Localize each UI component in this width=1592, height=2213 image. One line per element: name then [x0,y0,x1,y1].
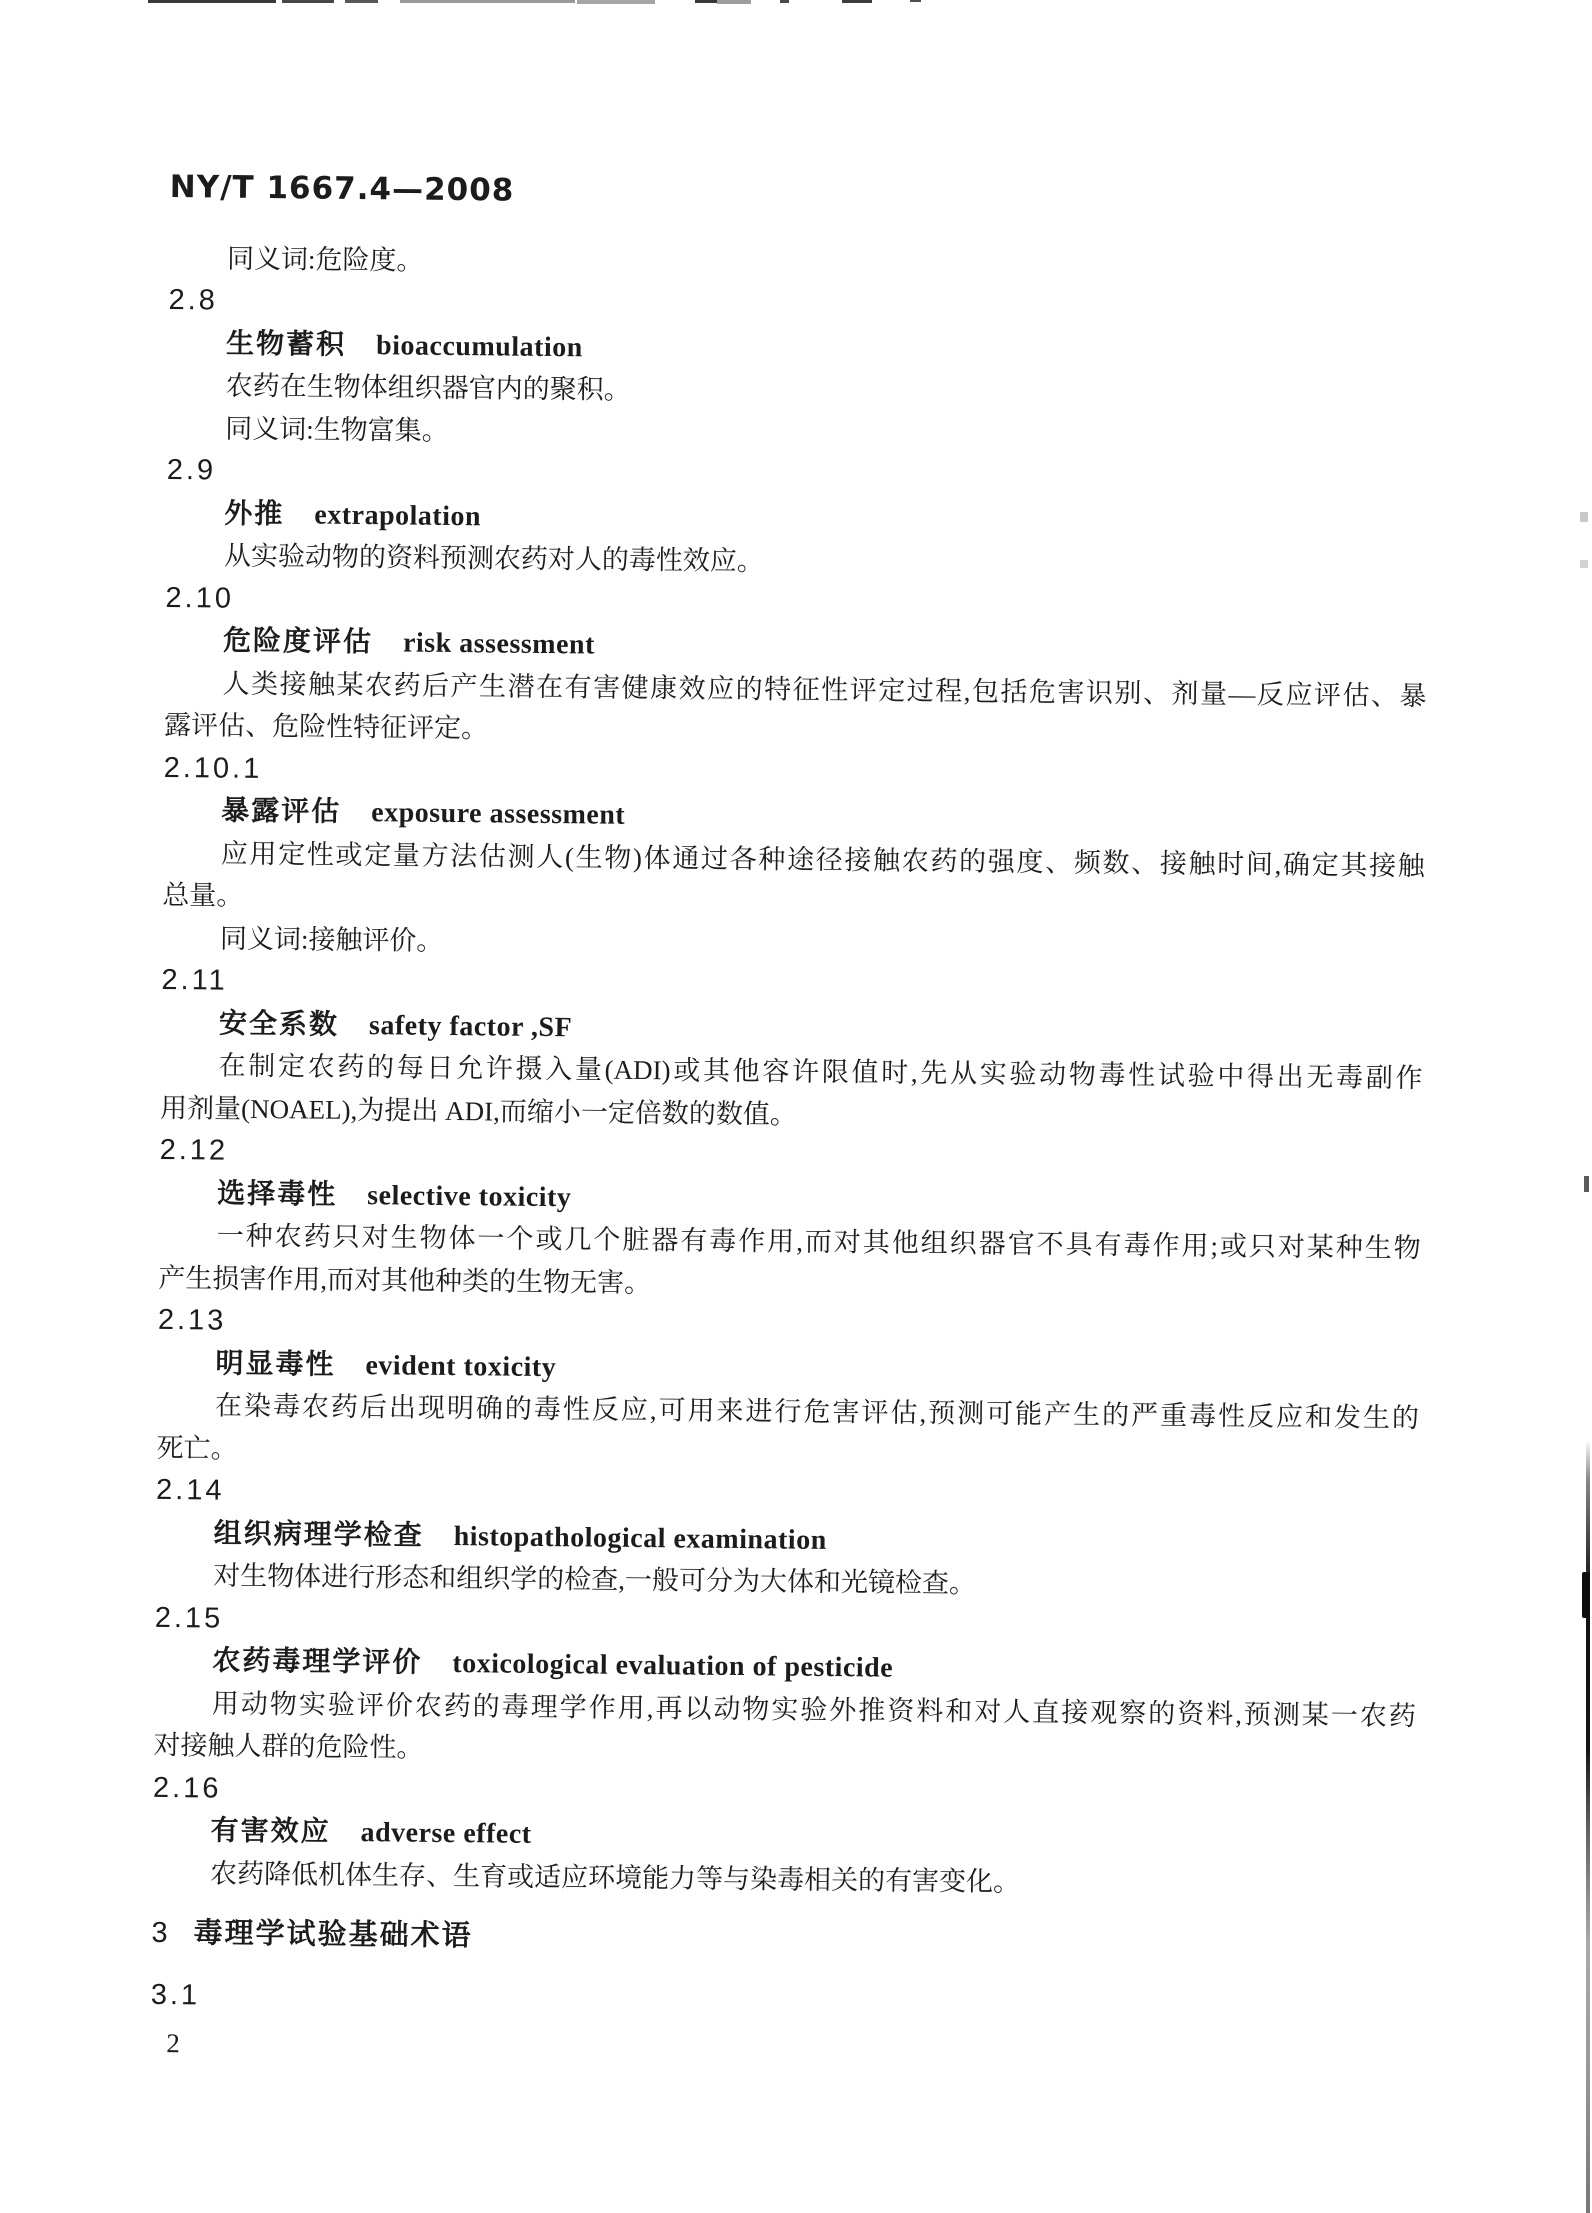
terms-list: 2.8 生物蓄积bioaccumulation 农药在生物体组织器官内的聚积。 … [152,279,1431,1907]
scan-artifact-right-edge [1586,1440,1590,2213]
scan-artifact-right-blob [1582,1572,1590,1618]
definition: 在染毒农药后出现明确的毒性反应,可用来进行危害评估,预测可能产生的严重毒性反应和… [156,1384,1419,1482]
scan-artifact-smudge [1580,560,1588,568]
term-section: 2.11 安全系数safety factor ,SF 在制定农药的每日允许摄入量… [160,959,1424,1142]
term-section: 2.10.1 暴露评估exposure assessment 应用定性或定量方法… [162,746,1426,972]
term-section: 2.9 外推extrapolation 从实验动物的资料预测农药对人的毒性效应。 [166,449,1429,590]
term-section: 2.15 农药毒理学评价toxicological evaluation of … [153,1596,1417,1779]
definition: 应用定性或定量方法估测人(生物)体通过各种途径接触农药的强度、频数、接触时间,确… [162,831,1425,929]
scan-dash [780,0,789,3]
definition: 一种农药只对生物体一个或几个脏器有毒作用,而对其他组织器官不具有毒作用;或只对某… [158,1214,1421,1312]
scanned-standard-page: NY/T 1667.4—2008 同义词:危险度。 2.8 生物蓄积bioacc… [0,0,1592,2213]
term-english: extrapolation [314,499,481,532]
term-english: toxicological evaluation of pesticide [452,1648,893,1684]
term-chinese: 生物蓄积 [226,326,346,360]
term-chinese: 明显毒性 [215,1346,335,1380]
term-section: 2.8 生物蓄积bioaccumulation 农药在生物体组织器官内的聚积。 … [167,279,1431,462]
term-chinese: 组织病理学检查 [214,1516,424,1551]
term-english: selective toxicity [367,1180,571,1213]
term-english: histopathological examination [454,1521,827,1556]
scan-dash [282,0,334,3]
term-chinese: 危险度评估 [223,624,373,659]
term-chinese: 有害效应 [210,1814,330,1848]
definition: 在制定农药的每日允许摄入量(ADI)或其他容许限值时,先从实验动物毒性试验中得出… [160,1044,1423,1142]
term-chinese: 外推 [224,496,284,530]
term-section: 2.13 明显毒性evident toxicity 在染毒农药后出现明确的毒性反… [156,1299,1420,1482]
term-english: risk assessment [403,627,595,660]
term-english: adverse effect [360,1817,531,1850]
term-english: evident toxicity [365,1350,556,1383]
document-body: NY/T 1667.4—2008 同义词:危险度。 2.8 生物蓄积bioacc… [150,166,1432,2077]
term-english: safety factor ,SF [369,1010,572,1043]
scan-artifact-smudge [1580,512,1588,522]
term-section: 2.12 选择毒性selective toxicity 一种农药只对生物体一个或… [158,1129,1422,1312]
scan-dash [910,0,921,2]
term-chinese: 安全系数 [219,1006,339,1040]
term-section: 2.14 组织病理学检查histopathological examinatio… [155,1469,1418,1610]
term-english: bioaccumulation [376,330,583,363]
term-chinese: 暴露评估 [221,794,341,828]
chapter-number: 3 [151,1917,167,1949]
term-section: 2.16 有害效应adverse effect 农药降低机体生存、生育或适应环境… [152,1766,1415,1907]
term-chinese: 选择毒性 [217,1176,337,1210]
term-english: exposure assessment [371,797,625,831]
scan-dash [148,0,276,3]
scan-dash [842,0,872,3]
scan-dash [400,0,575,3]
scan-dash [695,0,717,3]
definition: 人类接触某农药后产生潜在有害健康效应的特征性评定过程,包括危害识别、剂量—反应评… [164,661,1427,759]
scan-dash [717,0,751,4]
clause-number: 3.1 [151,1973,1413,2029]
page-number: 2 [150,2022,1412,2077]
scan-dash [577,0,655,4]
standard-number-header: NY/T 1667.4—2008 [170,166,1432,222]
scan-artifact-smudge [1584,1176,1589,1192]
chapter-title: 毒理学试验基础术语 [193,1915,472,1952]
term-section: 2.10 危险度评估risk assessment 人类接触某农药后产生潜在有害… [164,576,1428,759]
definition: 用动物实验评价农药的毒理学作用,再以动物实验外推资料和对人直接观察的资料,预测某… [153,1681,1416,1779]
term-chinese: 农药毒理学评价 [212,1644,422,1679]
scan-dash [345,0,378,3]
chapter-heading: 3毒理学试验基础术语 [151,1911,1413,1967]
